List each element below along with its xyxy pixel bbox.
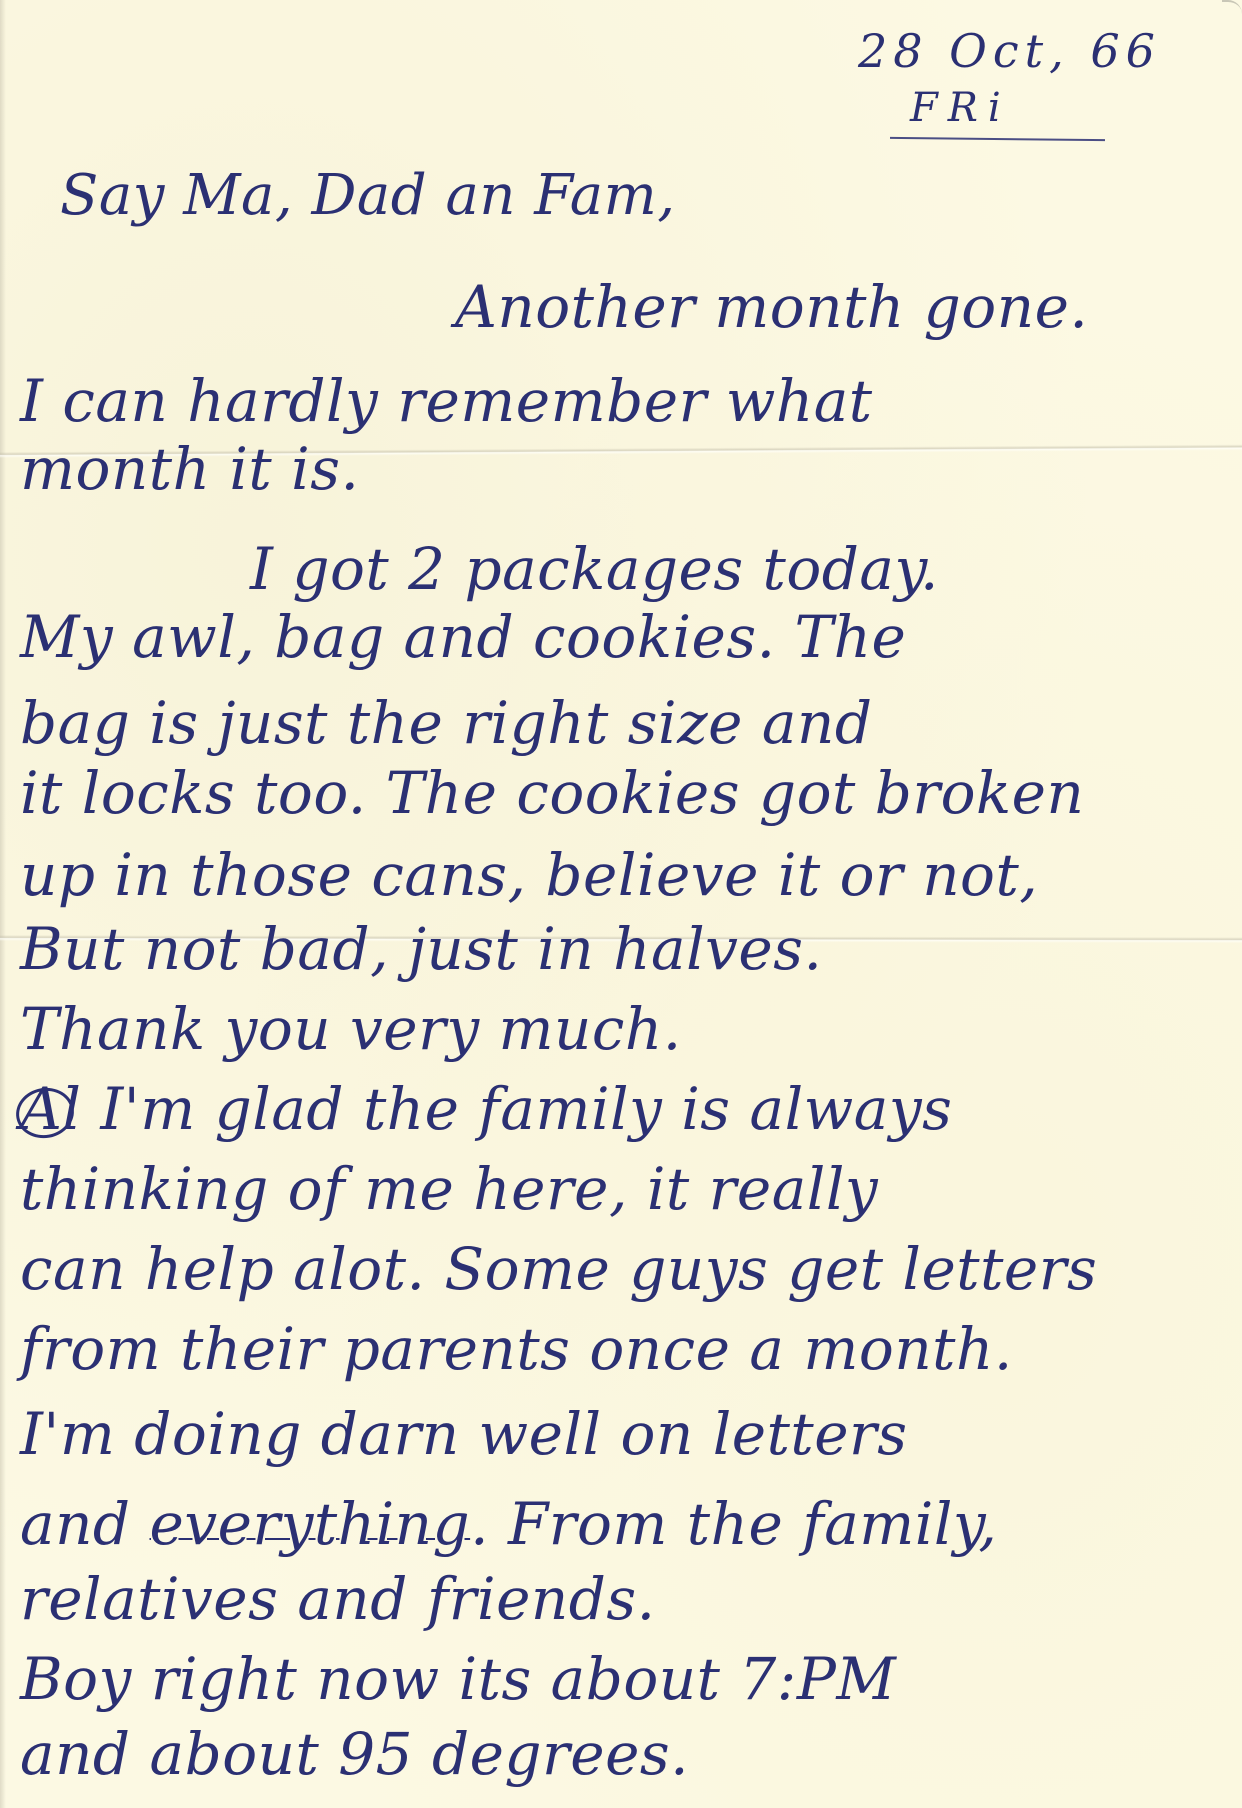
- letter-line: can help alot. Some guys get letters: [20, 1240, 1097, 1298]
- letter-line: Thank you very much.: [20, 1000, 682, 1058]
- letter-line: I'm doing darn well on letters: [20, 1405, 908, 1463]
- letter-line-text: . From the family,: [470, 1490, 997, 1558]
- letter-line-text: I'm glad the family is always: [81, 1075, 952, 1143]
- letter-page: 28 Oct, 66 FRi Say Ma, Dad an Fam, Anoth…: [0, 0, 1242, 1808]
- letter-line: relatives and friends.: [20, 1570, 656, 1628]
- letter-line: up in those cans, believe it or not,: [20, 846, 1038, 904]
- letter-day: FRi: [910, 88, 1011, 128]
- letter-line: But not bad, just in halves.: [20, 920, 822, 978]
- letter-line: from their parents once a month.: [20, 1320, 1013, 1378]
- letter-line: bag is just the right size and: [20, 694, 873, 752]
- letter-line: Boy right now its about 7:PM: [20, 1650, 896, 1708]
- letter-line: it locks too. The cookies got broken: [20, 764, 1084, 822]
- paper-edge: [0, 0, 6, 1808]
- underlined-word: everything: [150, 1490, 471, 1558]
- paper-corner-curl: [1222, 0, 1242, 16]
- letter-line: and about 95 degrees.: [20, 1725, 689, 1783]
- letter-line: thinking of me here, it really: [20, 1160, 878, 1218]
- date-underline: [890, 137, 1105, 141]
- letter-line: Another month gone.: [455, 278, 1088, 336]
- letter-date: 28 Oct, 66: [858, 28, 1161, 74]
- letter-line: I got 2 packages today.: [250, 540, 939, 598]
- letter-greeting: Say Ma, Dad an Fam,: [60, 168, 676, 224]
- letter-line-text: and: [20, 1490, 150, 1558]
- letter-line: I can hardly remember what: [20, 372, 873, 430]
- letter-line: My awl, bag and cookies. The: [20, 608, 906, 666]
- letter-line: Al I'm glad the family is always: [20, 1080, 952, 1138]
- letter-line: and everything. From the family,: [20, 1495, 997, 1553]
- crossed-out-word: Al: [20, 1080, 81, 1138]
- letter-line: month it is.: [20, 440, 359, 498]
